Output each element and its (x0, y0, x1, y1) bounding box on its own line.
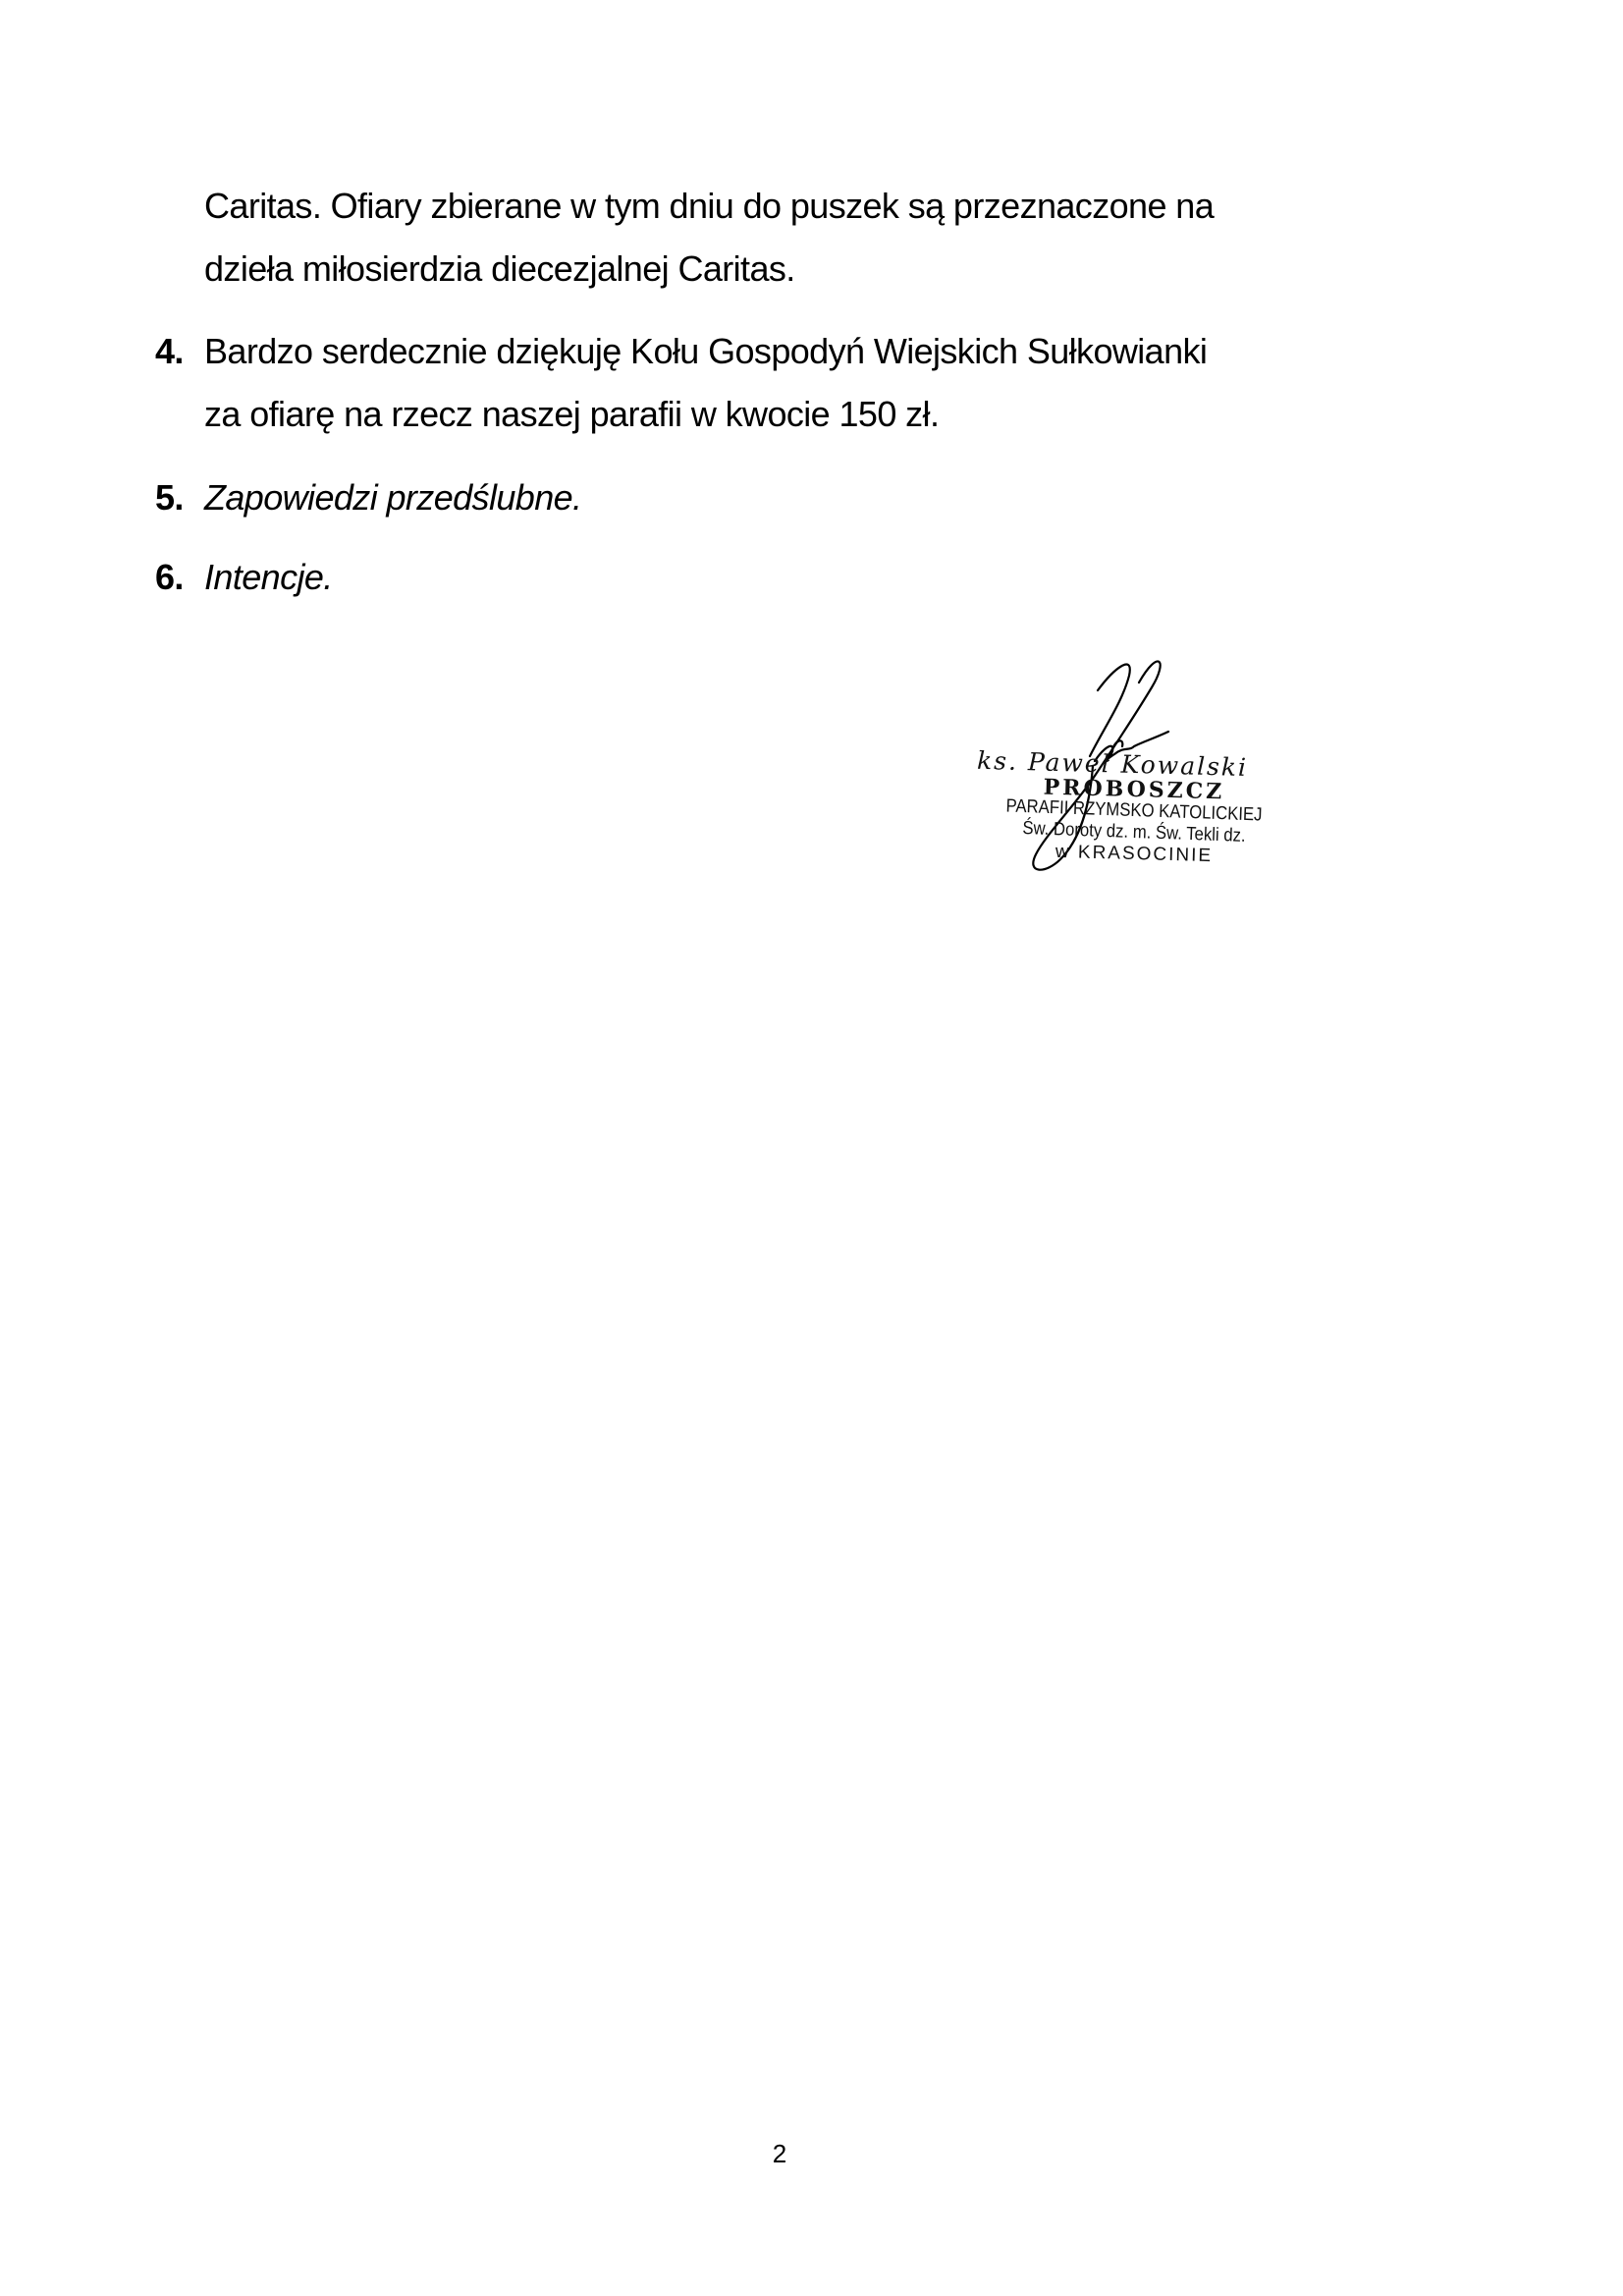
list-item-4: 4.Bardzo serdecznie dziękuję Kołu Gospod… (155, 320, 1207, 446)
list-number: 6. (155, 546, 204, 609)
list-number: 4. (155, 320, 204, 383)
page-number: 2 (0, 2139, 1559, 2168)
list-item-text: Zapowiedzi przedślubne. (204, 477, 581, 518)
list-item-text: Intencje. (204, 557, 333, 597)
parish-stamp: ks. Paweł Kowalski PROBOSZCZ PARAFII RZY… (967, 751, 1301, 865)
list-item-6: 6.Intencje. (155, 546, 333, 609)
continuation-paragraph: Caritas. Ofiary zbierane w tym dniu do p… (204, 175, 1214, 301)
paragraph-line: dzieła miłosierdzia diecezjalnej Caritas… (204, 238, 1214, 301)
document-page: Caritas. Ofiary zbierane w tym dniu do p… (0, 0, 1623, 2296)
paragraph-line: Caritas. Ofiary zbierane w tym dniu do p… (204, 175, 1214, 238)
list-item-text: za ofiarę na rzecz naszej parafii w kwoc… (155, 383, 1207, 446)
list-item-5: 5.Zapowiedzi przedślubne. (155, 466, 581, 529)
signature-stamp: ks. Paweł Kowalski PROBOSZCZ PARAFII RZY… (967, 648, 1321, 894)
list-item-text: Bardzo serdecznie dziękuję Kołu Gospodyń… (204, 331, 1207, 371)
list-number: 5. (155, 466, 204, 529)
